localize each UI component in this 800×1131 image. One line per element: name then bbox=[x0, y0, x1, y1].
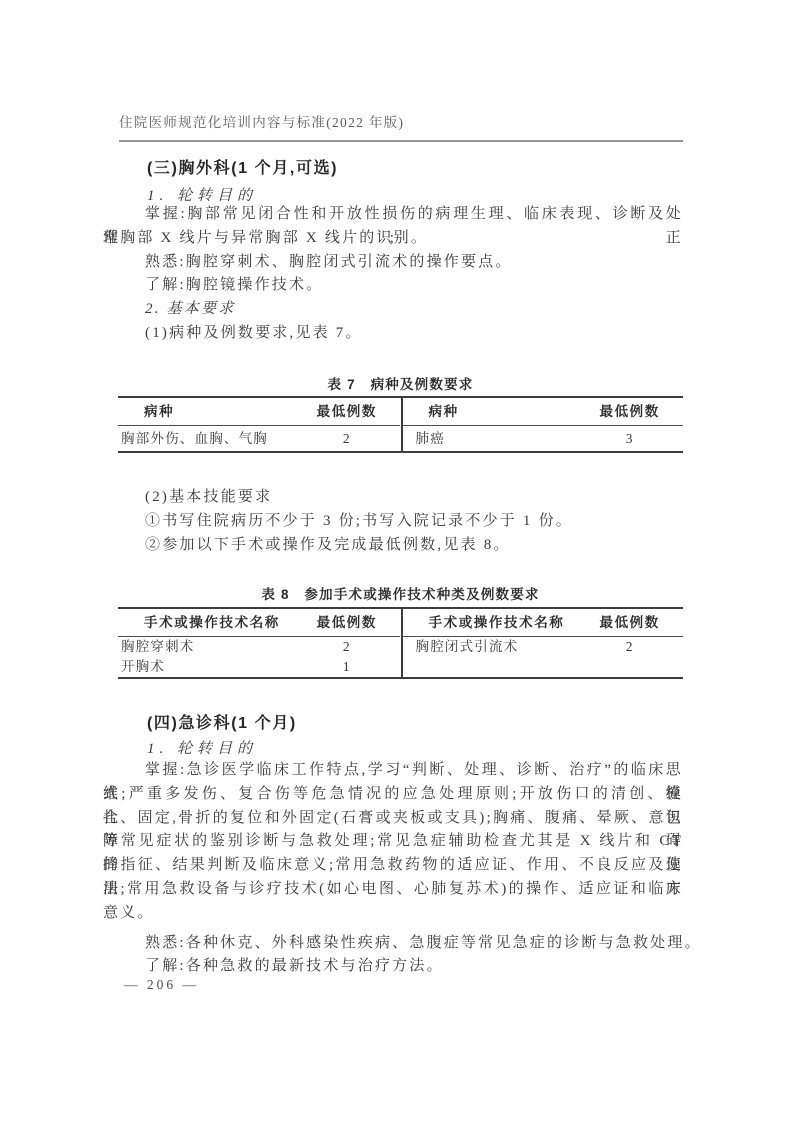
table-8-left-half: 手术或操作技术名称 最低例数 胸腔穿刺术 2 开胸术 1 bbox=[118, 609, 401, 677]
table-8-cell-min-cases-empty bbox=[576, 657, 683, 677]
table-8-cell-min-cases: 1 bbox=[293, 657, 400, 677]
table-7-col-header-min-cases-right: 最低例数 bbox=[576, 398, 683, 426]
table-8-cell-procedure: 胸腔穿刺术 bbox=[118, 637, 293, 657]
document-page: 住院医师规范化培训内容与标准(2022 年版) (三)胸外科(1 个月,可选) … bbox=[0, 0, 800, 1131]
text-line: 熟悉:胸腔穿刺术、胸腔闭式引流术的操作要点。 bbox=[103, 251, 683, 275]
text-line: 了解:胸腔镜操作技术。 bbox=[103, 274, 683, 298]
section-4-rotation-subheading: 1. 轮转目的 bbox=[147, 737, 257, 758]
text-line: (2)基本技能要求 bbox=[103, 486, 683, 510]
table-8-cell-min-cases: 2 bbox=[576, 637, 683, 657]
text-line: 熟悉:各种休克、外科感染性疾病、急腹症等常见急症的诊断与急救处理。 bbox=[103, 932, 683, 956]
table-8-col-header-min-cases-right: 最低例数 bbox=[576, 609, 683, 637]
text-line: 式;严重多发伤、复合伤等危急情况的应急处理原则;开放伤口的清创、缝合、包 bbox=[103, 783, 683, 807]
section-3-skills-body: (2)基本技能要求 ①书写住院病历不少于 3 份;书写入院记录不少于 1 份。 … bbox=[103, 486, 683, 557]
table-7-cell-disease: 胸部外伤、血胸、气胸 bbox=[118, 426, 293, 451]
table-8-right-half: 手术或操作技术名称 最低例数 胸腔闭式引流术 2 bbox=[401, 609, 684, 677]
section-3-body: 掌握:胸部常见闭合性和开放性损伤的病理生理、临床表现、诊断及处理;正 常胸部 X… bbox=[103, 203, 683, 346]
section-3-rotation-subheading: 1. 轮转目的 bbox=[147, 184, 257, 205]
table-8-cell-procedure-empty bbox=[403, 657, 577, 677]
table-8: 手术或操作技术名称 最低例数 胸腔穿刺术 2 开胸术 1 手术或操作技术名称 最… bbox=[118, 607, 683, 679]
table-8-col-header-min-cases-left: 最低例数 bbox=[293, 609, 400, 637]
table-7-left-half: 病种 最低例数 胸部外伤、血胸、气胸 2 bbox=[118, 398, 401, 451]
text-line: 掌握:胸部常见闭合性和开放性损伤的病理生理、临床表现、诊断及处理;正 bbox=[103, 203, 683, 227]
table-7-title: 表 7 病种及例数要求 bbox=[118, 373, 683, 393]
section-3-heading: (三)胸外科(1 个月,可选) bbox=[147, 155, 338, 178]
table-8-cell-procedure: 开胸术 bbox=[118, 657, 293, 677]
text-line: ②参加以下手术或操作及完成最低例数,见表 8。 bbox=[103, 534, 683, 558]
running-header: 住院医师规范化培训内容与标准(2022 年版) bbox=[119, 111, 404, 131]
table-7: 病种 最低例数 胸部外伤、血胸、气胸 2 病种 最低例数 肺癌 3 bbox=[118, 396, 683, 453]
table-7-right-half: 病种 最低例数 肺癌 3 bbox=[401, 398, 684, 451]
text-line: 等常见症状的鉴别诊断与急救处理;常见急症辅助检查尤其是 X 线片和 CT 的选 bbox=[103, 830, 683, 854]
table-8-col-header-procedure-right: 手术或操作技术名称 bbox=[403, 609, 577, 637]
text-line: 法;常用急救设备与诊疗技术(如心电图、心肺复苏术)的操作、适应证和临床 bbox=[103, 878, 683, 902]
table-7-cell-disease: 肺癌 bbox=[403, 426, 577, 451]
section-4-body: 掌握:急诊医学临床工作特点,学习“判断、处理、诊断、治疗”的临床思维模 式;严重… bbox=[103, 759, 683, 979]
text-line: 扎、固定,骨折的复位和外固定(石膏或夹板或支具);胸痛、腹痛、晕厥、意识障碍 bbox=[103, 807, 683, 831]
table-8-title: 表 8 参加手术或操作技术种类及例数要求 bbox=[118, 583, 683, 603]
table-7-cell-min-cases: 3 bbox=[576, 426, 683, 451]
table-7-cell-min-cases: 2 bbox=[293, 426, 400, 451]
table-7-col-header-disease-right: 病种 bbox=[403, 398, 577, 426]
section-3-basic-req-subheading: 2. 基本要求 bbox=[103, 298, 683, 322]
table-8-cell-min-cases: 2 bbox=[293, 637, 400, 657]
text-line: 意义。 bbox=[103, 902, 683, 926]
text-line: ①书写住院病历不少于 3 份;书写入院记录不少于 1 份。 bbox=[103, 510, 683, 534]
table-7-col-header-min-cases-left: 最低例数 bbox=[293, 398, 400, 426]
text-line: 择指征、结果判断及临床意义;常用急救药物的适应证、作用、不良反应及使用方 bbox=[103, 854, 683, 878]
section-4-heading: (四)急诊科(1 个月) bbox=[147, 710, 297, 733]
table-7-col-header-disease-left: 病种 bbox=[118, 398, 293, 426]
table-8-col-header-procedure-left: 手术或操作技术名称 bbox=[118, 609, 293, 637]
text-line: 了解:各种急救的最新技术与治疗方法。 bbox=[103, 955, 683, 979]
header-rule bbox=[119, 140, 683, 142]
page-number: — 206 — bbox=[124, 977, 199, 993]
text-line: (1)病种及例数要求,见表 7。 bbox=[103, 322, 683, 346]
text-line: 掌握:急诊医学临床工作特点,学习“判断、处理、诊断、治疗”的临床思维模 bbox=[103, 759, 683, 783]
table-8-cell-procedure: 胸腔闭式引流术 bbox=[403, 637, 577, 657]
